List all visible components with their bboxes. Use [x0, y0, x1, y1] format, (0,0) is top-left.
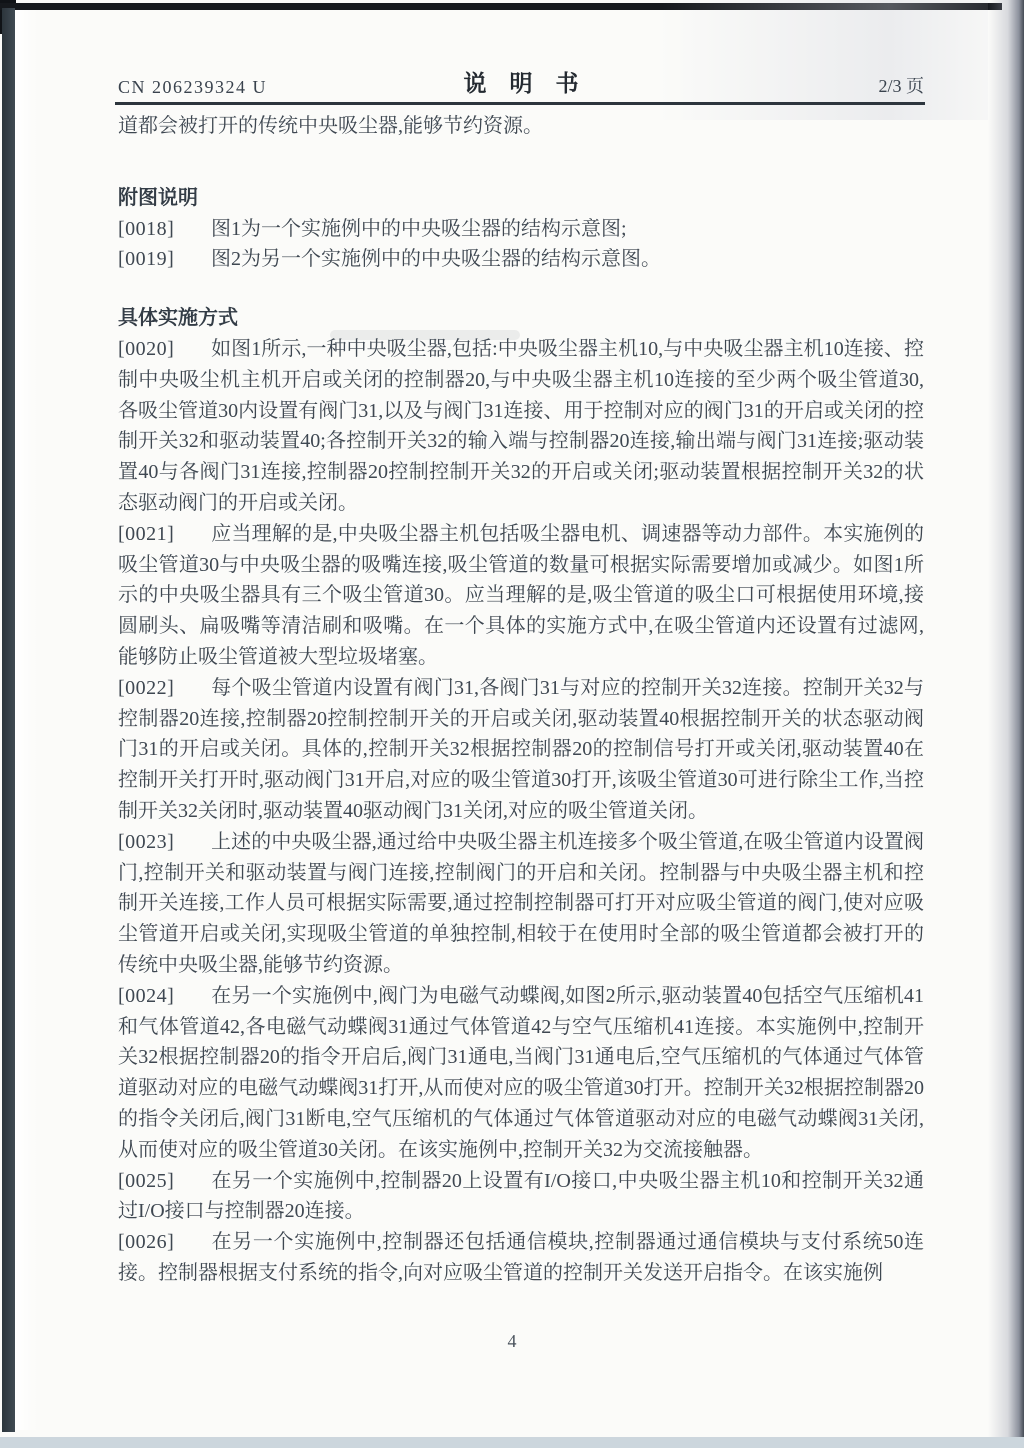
paragraph-tag: [0024]	[118, 981, 211, 1012]
figure-note: [0019]图2为另一个实施例中的中央吸尘器的结构示意图。	[118, 244, 924, 275]
paragraph-tag: [0025]	[118, 1166, 211, 1197]
paragraph-tag: [0021]	[118, 519, 211, 550]
paragraph-tag: [0020]	[118, 334, 211, 365]
paragraph-text: 每个吸尘管道内设置有阀门31,各阀门31与对应的控制开关32连接。控制开关32与…	[118, 677, 924, 822]
patent-document-page: CN 206239324 U 说 明 书 2/3 页 道都会被打开的传统中央吸尘…	[0, 0, 1024, 1448]
paragraph-tag: [0022]	[118, 673, 211, 704]
page-number: 4	[0, 1331, 1024, 1352]
paragraph-text: 图1为一个实施例中的中央吸尘器的结构示意图;	[211, 218, 627, 240]
header-rule	[115, 102, 925, 105]
paragraph-text: 上述的中央吸尘器,通过给中央吸尘器主机连接多个吸尘管道,在吸尘管道内设置阀门,控…	[118, 831, 924, 976]
body-paragraph: [0020]如图1所示,一种中央吸尘器,包括:中央吸尘器主机10,与中央吸尘器主…	[118, 334, 924, 519]
body-paragraph: [0021]应当理解的是,中央吸尘器主机包括吸尘器电机、调速器等动力部件。本实施…	[118, 519, 924, 673]
section-heading-figures: 附图说明	[118, 183, 924, 214]
paragraph-text: 在另一个实施例中,控制器还包括通信模块,控制器通过通信模块与支付系统50连接。控…	[118, 1231, 924, 1284]
body-paragraph: [0024]在另一个实施例中,阀门为电磁气动蝶阀,如图2所示,驱动装置40包括空…	[118, 981, 924, 1166]
paragraph-tag: [0018]	[118, 214, 211, 245]
scan-edge-bottom	[0, 1437, 1024, 1448]
body-paragraph: [0023]上述的中央吸尘器,通过给中央吸尘器主机连接多个吸尘管道,在吸尘管道内…	[118, 827, 924, 981]
body-paragraph: [0022]每个吸尘管道内设置有阀门31,各阀门31与对应的控制开关32连接。控…	[118, 673, 924, 827]
paragraph-text: 应当理解的是,中央吸尘器主机包括吸尘器电机、调速器等动力部件。本实施例的吸尘管道…	[118, 523, 924, 668]
page-indicator: 2/3 页	[878, 72, 924, 98]
figure-note: [0018]图1为一个实施例中的中央吸尘器的结构示意图;	[118, 214, 924, 245]
continuation-paragraph: 道都会被打开的传统中央吸尘器,能够节约资源。	[118, 111, 924, 142]
scan-edge-right	[988, 0, 1024, 1448]
document-title: 说 明 书	[118, 65, 924, 98]
paragraph-text: 在另一个实施例中,阀门为电磁气动蝶阀,如图2所示,驱动装置40包括空气压缩机41…	[118, 985, 924, 1161]
scan-edge-left-highlight	[15, 10, 37, 1430]
scan-edge-left	[2, 8, 15, 1432]
section-heading-embodiments: 具体实施方式	[118, 303, 924, 334]
paragraph-tag: [0019]	[118, 244, 211, 275]
page-header: CN 206239324 U 说 明 书 2/3 页	[118, 66, 924, 100]
body-paragraph: [0026]在另一个实施例中,控制器还包括通信模块,控制器通过通信模块与支付系统…	[118, 1227, 924, 1289]
paragraph-text: 图2为另一个实施例中的中央吸尘器的结构示意图。	[211, 248, 661, 270]
paragraph-tag: [0023]	[118, 827, 211, 858]
scan-edge-top	[0, 3, 1002, 10]
body-paragraph: [0025]在另一个实施例中,控制器20上设置有I/O接口,中央吸尘器主机10和…	[118, 1166, 924, 1228]
paragraph-tag: [0026]	[118, 1227, 211, 1258]
document-body: 道都会被打开的传统中央吸尘器,能够节约资源。 附图说明 [0018]图1为一个实…	[118, 111, 924, 1289]
paragraph-text: 在另一个实施例中,控制器20上设置有I/O接口,中央吸尘器主机10和控制开关32…	[118, 1170, 924, 1223]
paragraph-text: 如图1所示,一种中央吸尘器,包括:中央吸尘器主机10,与中央吸尘器主机10连接、…	[118, 338, 924, 514]
